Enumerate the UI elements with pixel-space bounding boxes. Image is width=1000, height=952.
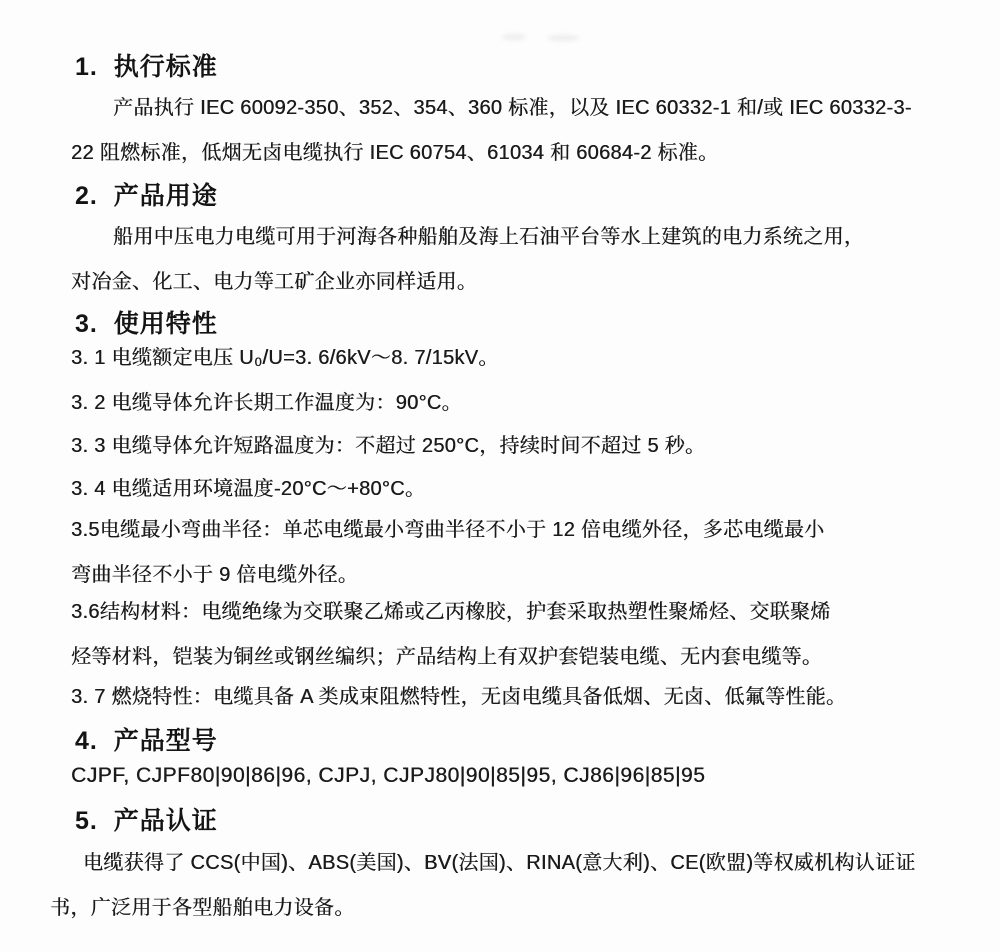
scan-smudge [502,34,526,40]
scan-smudge [547,35,579,41]
section-5-paragraph: 电缆获得了 CCS(中国)、ABS(美国)、BV(法国)、RINA(意大利)、C… [50,841,950,931]
section-2-heading: 2. 产品用途 [75,179,218,213]
spec-item-3-6: 3.6结构材料：电缆绝缘为交联聚乙烯或乙丙橡胶，护套采取热塑性聚烯烃、交联聚烯 … [71,590,945,680]
spec-item-3-2: 3. 2 电缆导体允许长期工作温度为：90°C。 [71,381,945,426]
section-1-heading: 1. 执行标准 [75,50,218,84]
section-2-paragraph: 船用中压电力电缆可用于河海各种船舶及海上石油平台等水上建筑的电力系统之用， 对冶… [71,215,945,305]
spec-item-3-1: 3. 1 电缆额定电压 U₀/U=3. 6/6kV～8. 7/15kV。 [71,336,945,381]
section-1-paragraph: 产品执行 IEC 60092-350、352、354、360 标准，以及 IEC… [71,86,945,176]
spec-item-3-5: 3.5电缆最小弯曲半径：单芯电缆最小弯曲半径不小于 12 倍电缆外径，多芯电缆最… [71,508,945,598]
spec-item-3-7: 3. 7 燃烧特性：电缆具备 A 类成束阻燃特性，无卤电缆具备低烟、无卤、低氟等… [71,675,945,720]
spec-item-3-3: 3. 3 电缆导体允许短路温度为：不超过 250°C，持续时间不超过 5 秒。 [71,424,945,469]
spec-item-3-4: 3. 4 电缆适用环境温度-20°C～+80°C。 [71,467,945,512]
section-5-heading: 5. 产品认证 [75,804,218,838]
document-page: 1. 执行标准 产品执行 IEC 60092-350、352、354、360 标… [0,0,1000,952]
product-model-codes: CJPF, CJPF80|90|86|96, CJPJ, CJPJ80|90|8… [71,753,945,798]
